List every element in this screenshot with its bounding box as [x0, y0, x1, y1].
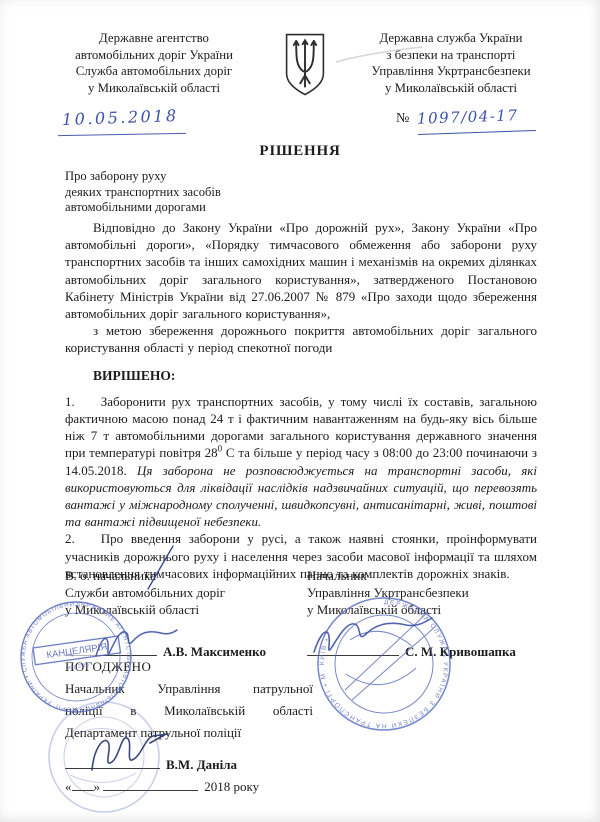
month-blank: [103, 779, 198, 791]
issuer-left-org: Державне агентство автомобільних доріг У…: [40, 30, 268, 96]
org-line: з безпеки на транспорті: [342, 47, 560, 64]
signature-right: Начальник Управління Укртрансбезпеки у М…: [307, 567, 539, 660]
signature-line: С. М. Кривошапка: [307, 643, 539, 660]
handwritten-number: 1097/04-17: [417, 106, 519, 128]
subject-block: Про заборону руху деяких транспортних за…: [65, 169, 221, 216]
subject-line: деяких транспортних засобів: [65, 185, 221, 201]
signature-rule: [65, 644, 157, 656]
approval-heading: ПОГОДЖЕНО: [65, 656, 313, 678]
signature-rule: [65, 757, 160, 769]
signer-title-line: Начальник: [307, 567, 539, 584]
org-line: Державна служба України: [342, 30, 560, 47]
handwritten-date: 10.05.2018: [62, 106, 179, 129]
issuer-right-org: Державна служба України з безпеки на тра…: [342, 30, 560, 96]
signer-title-line: В. о. начальника: [65, 567, 297, 584]
org-line: Державне агентство: [40, 30, 268, 47]
document-header: Державне агентство автомобільних доріг У…: [40, 30, 560, 98]
org-line: Служба автомобільних доріг: [40, 63, 268, 80]
signer-title-line: у Миколаївській області: [65, 601, 297, 618]
org-line: автомобільних доріг України: [40, 47, 268, 64]
year-text: 2018 року: [204, 779, 259, 794]
decision-item-1: 1.Заборонити рух транспортних засобів, у…: [65, 393, 537, 531]
signature-rule: [307, 644, 399, 656]
signer-title-line: Управління Укртрансбезпеки: [307, 584, 539, 601]
document-number: №1097/04-17: [396, 108, 519, 127]
signature-left: В. о. начальника Служби автомобільних до…: [65, 567, 297, 660]
date-underline: [58, 133, 186, 136]
signature-block: В. о. начальника Служби автомобільних до…: [65, 567, 539, 660]
preamble-paragraph-1: Відповідно до Закону України «Про дорожн…: [65, 219, 537, 322]
approval-title-line: поліції в Миколаївській області: [65, 700, 313, 722]
preamble-paragraph-2: з метою збереження дорожнього покриття а…: [65, 322, 537, 356]
approval-signature-line: В.М. Даніла: [65, 754, 313, 776]
document-body: Відповідно до Закону України «Про дорожн…: [65, 219, 537, 582]
signer-name: С. М. Кривошапка: [405, 644, 516, 659]
day-blank: [72, 779, 94, 791]
subject-line: Про заборону руху: [65, 169, 221, 185]
org-line: у Миколаївській області: [40, 80, 268, 97]
document-title: РІШЕННЯ: [0, 143, 600, 160]
subject-line: автомобільними дорогами: [65, 200, 221, 216]
number-underline: [418, 130, 536, 135]
scanned-decision-document: Державне агентство автомобільних доріг У…: [0, 0, 600, 822]
ukraine-trident-emblem: [281, 32, 329, 98]
approver-name: В.М. Даніла: [166, 757, 237, 772]
org-line: Управління Укртрансбезпеки: [342, 63, 560, 80]
number-sign: №: [396, 111, 409, 126]
approval-date-line: «» 2018 року: [65, 776, 313, 798]
approval-title-line: Департамент патрульної поліції: [65, 722, 313, 744]
signer-title-line: у Миколаївській області: [307, 601, 539, 618]
resolved-heading: ВИРІШЕНО:: [93, 367, 537, 384]
quote-close: »: [94, 779, 101, 794]
item-number: 1.: [65, 393, 75, 410]
item-number: 2.: [65, 530, 75, 547]
approval-block: ПОГОДЖЕНО Начальник Управління патрульно…: [65, 656, 313, 798]
org-line: у Миколаївській області: [342, 80, 560, 97]
approval-title-line: Начальник Управління патрульної: [65, 678, 313, 700]
signer-title-line: Служби автомобільних доріг: [65, 584, 297, 601]
